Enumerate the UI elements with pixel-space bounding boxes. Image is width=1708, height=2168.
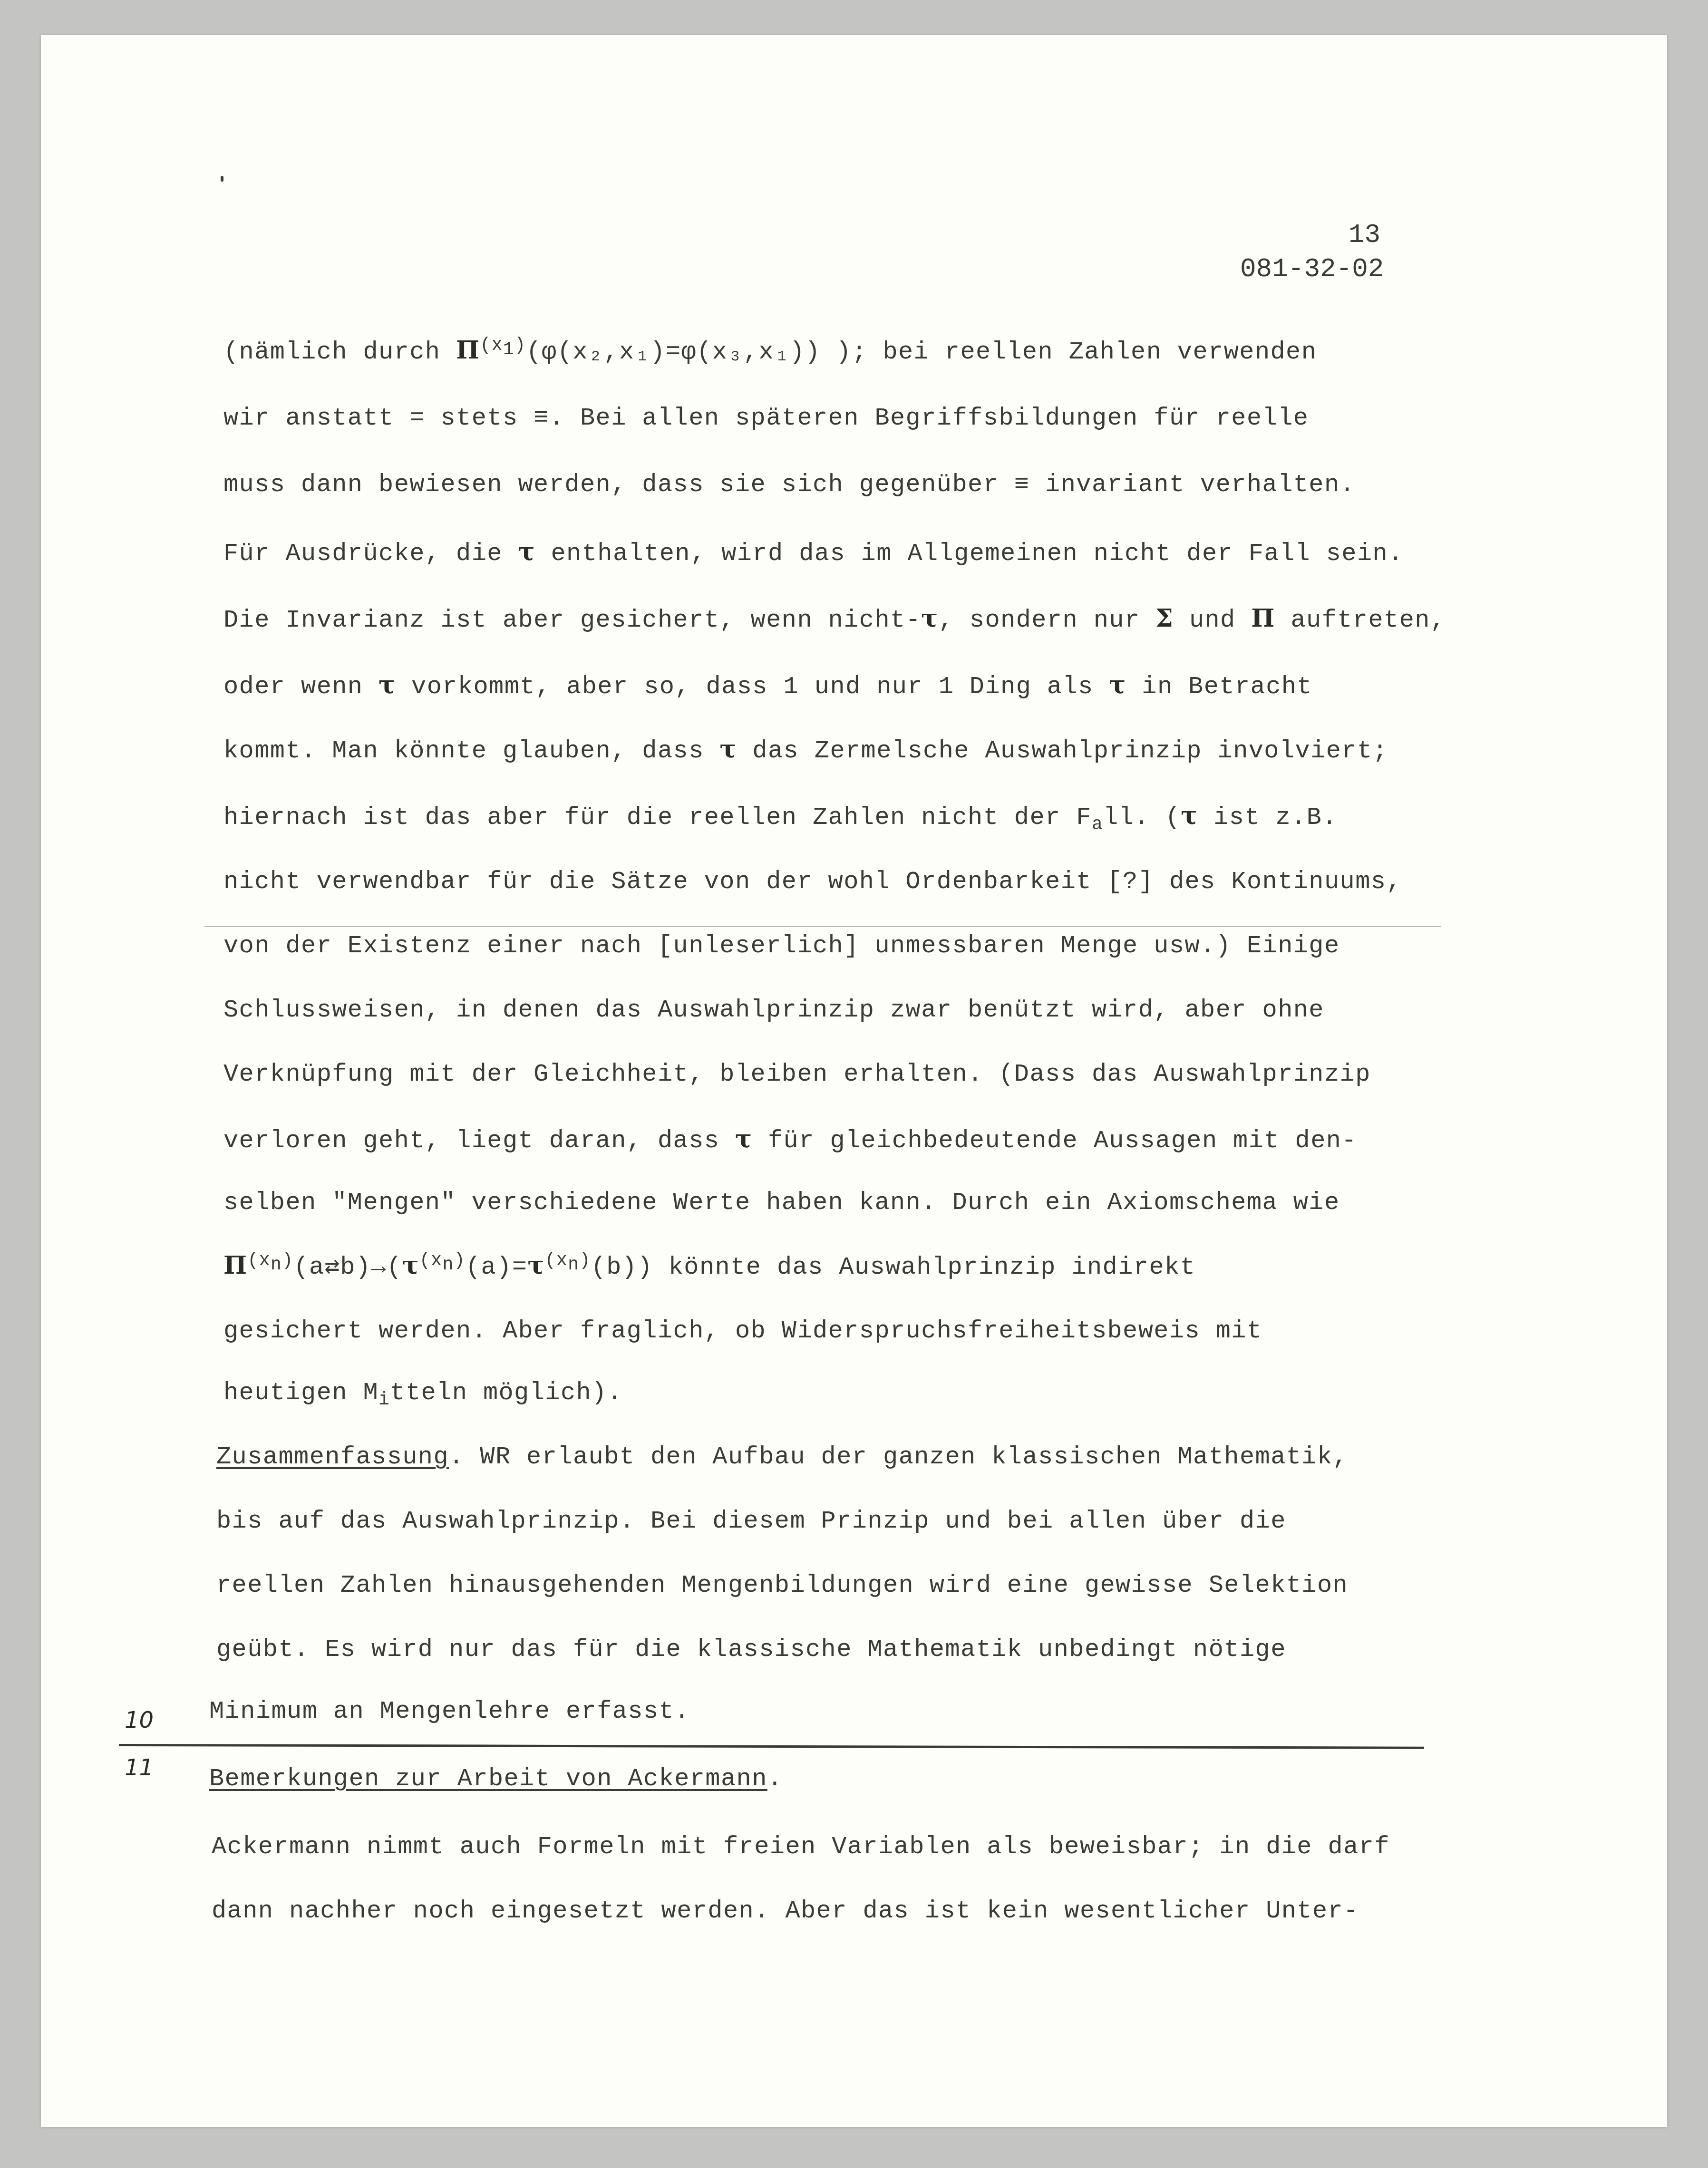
text-line-19: bis auf das Auswahlprinzip. Bei diesem P…: [216, 1507, 1286, 1535]
page-number: 13: [1349, 220, 1380, 250]
text-line-22: Minimum an Mengenlehre erfasst.: [209, 1697, 690, 1725]
tau-symbol: τ: [527, 1251, 544, 1280]
text-line-21: geübt. Es wird nur das für die klassisch…: [216, 1636, 1286, 1664]
product-symbol: Π: [456, 336, 480, 365]
text-line-3: muss dann bewiesen werden, dass sie sich…: [223, 471, 1355, 499]
product-symbol: Π: [1251, 604, 1275, 633]
tau-symbol: τ: [1181, 801, 1198, 830]
margin-note-11: 11: [125, 1754, 154, 1781]
text-line-16: gesichert werden. Aber fraglich, ob Wide…: [223, 1317, 1262, 1345]
tau-symbol: τ: [378, 670, 396, 699]
margin-note-10: 10: [125, 1707, 154, 1733]
text-line-1: (nämlich durch Π(x1)(φ(x₂,x₁)=φ(x₃,x₁)) …: [223, 335, 1317, 366]
tau-symbol: τ: [719, 735, 737, 764]
text-line-13: verloren geht, liegt daran, dass τ für g…: [223, 1124, 1357, 1155]
text-line-17: heutigen Mitteln möglich).: [223, 1379, 622, 1410]
text-line-10: von der Existenz einer nach [unleserlich…: [223, 932, 1340, 960]
text-line-2: wir anstatt = stets ≡. Bei allen spätere…: [223, 404, 1309, 432]
ink-speck: [221, 176, 223, 182]
text-line-5: Die Invarianz ist aber gesichert, wenn n…: [223, 604, 1446, 634]
tau-symbol: τ: [402, 1251, 419, 1280]
section-heading-ackermann: Bemerkungen zur Arbeit von Ackermann: [209, 1765, 767, 1793]
text-line-6: oder wenn τ vorkommt, aber so, dass 1 un…: [223, 670, 1312, 701]
text-line-23: Bemerkungen zur Arbeit von Ackermann.: [209, 1765, 783, 1793]
tau-symbol: τ: [1109, 670, 1126, 699]
text-line-14: selben "Mengen" verschiedene Werte haben…: [223, 1189, 1340, 1217]
tau-symbol: τ: [735, 1124, 752, 1153]
text-line-9: nicht verwendbar für die Sätze von der w…: [223, 868, 1402, 896]
formula: (φ(x₂,x₁)=φ(x₃,x₁)): [526, 338, 836, 366]
text-line-20: reellen Zahlen hinausgehenden Mengenbild…: [216, 1571, 1348, 1599]
text-line-12: Verknüpfung mit der Gleichheit, bleiben …: [223, 1060, 1371, 1088]
text-line-7: kommt. Man könnte glauben, dass τ das Ze…: [223, 735, 1388, 765]
sigma-symbol: Σ: [1155, 604, 1174, 633]
product-symbol: Π: [223, 1251, 248, 1280]
tau-symbol: τ: [518, 537, 535, 566]
text-line-11: Schlussweisen, in denen das Auswahlprinz…: [223, 996, 1324, 1024]
text-line-8: hiernach ist das aber für die reellen Za…: [223, 801, 1338, 835]
text-line-4: Für Ausdrücke, die τ enthalten, wird das…: [223, 537, 1404, 568]
text-line-25: dann nachher noch eingesetzt werden. Abe…: [212, 1897, 1359, 1925]
document-id: 081-32-02: [1240, 254, 1384, 284]
section-heading-zusammenfassung: Zusammenfassung: [216, 1443, 449, 1471]
text-line-24: Ackermann nimmt auch Formeln mit freien …: [212, 1833, 1390, 1861]
text-line-15-axiom: Π(xn)(a⇄b)→(τ(xn)(a)=τ(xn)(b)) könnte da…: [223, 1250, 1195, 1281]
text-line-18: Zusammenfassung. WR erlaubt den Aufbau d…: [216, 1443, 1348, 1471]
tau-symbol: τ: [921, 604, 938, 633]
faint-scan-line: [204, 926, 1441, 927]
